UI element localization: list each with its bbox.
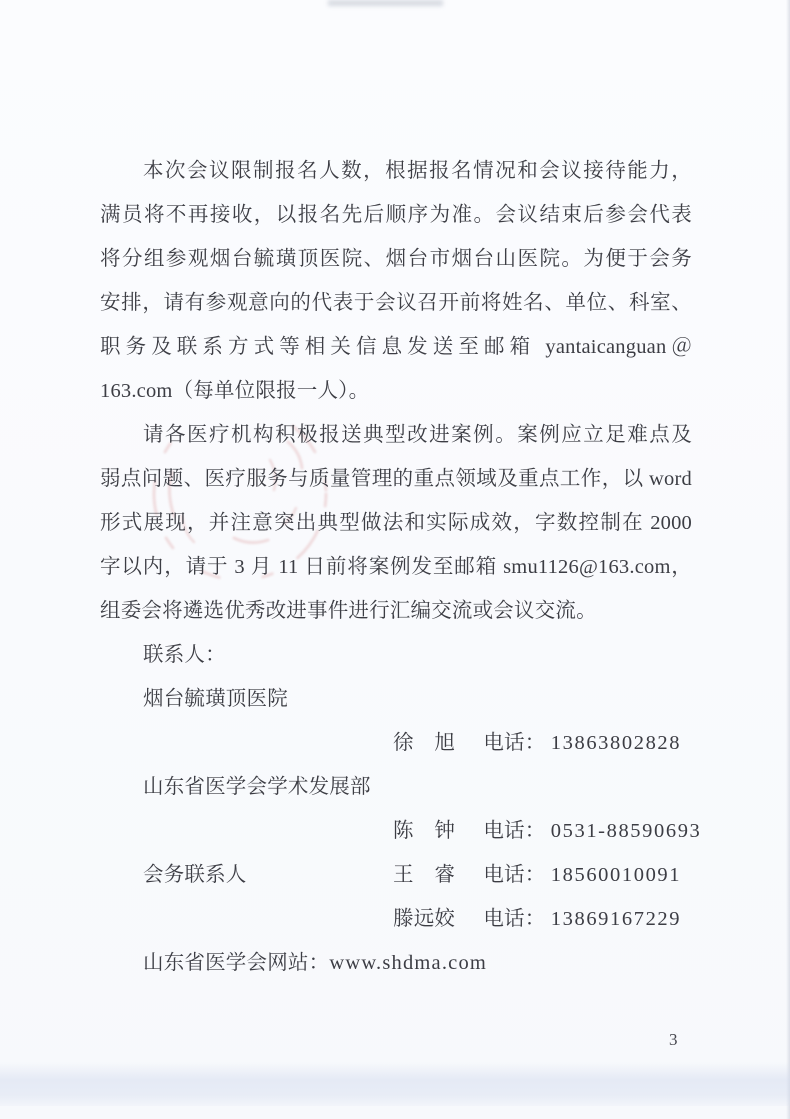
contact-entry: 陈 钟 电话： 0531-88590693 [393, 809, 701, 853]
text-line: 将分组参观烟台毓璜顶医院、烟台市烟台山医院。为便于会务 [100, 237, 692, 281]
contact-name: 陈 钟 [393, 809, 457, 853]
text-line: 163.com（每单位限报一人）。 [100, 369, 692, 413]
text-line: 组委会将遴选优秀改进事件进行汇编交流或会议交流。 [100, 589, 692, 633]
website-url: www.shdma.com [329, 952, 487, 974]
contact-name: 王 睿 [393, 853, 457, 897]
text-line: 请各医疗机构积极报送典型改进案例。案例应立足难点及 [100, 413, 692, 457]
phone-number: 13869167229 [551, 908, 681, 930]
contact-entry: 徐 旭 电话： 13863802828 [393, 721, 681, 765]
phone-number: 13863802828 [551, 732, 681, 754]
contact-name: 徐 旭 [393, 721, 457, 765]
phone-label: 电话： [483, 820, 545, 842]
document-body: 本次会议限制报名人数，根据报名情况和会议接待能力， 满员将不再接收，以报名先后顺… [100, 149, 692, 985]
org-name-hospital: 烟台毓璜顶医院 [100, 677, 692, 721]
text-line: 弱点问题、医疗服务与质量管理的重点领域及重点工作，以 word [100, 457, 692, 501]
contacts-heading: 联系人： [100, 633, 692, 677]
phone-label: 电话： [483, 732, 545, 754]
scanned-document-page: 本次会议限制报名人数，根据报名情况和会议接待能力， 满员将不再接收，以报名先后顺… [0, 0, 790, 1119]
text-line: 满员将不再接收，以报名先后顺序为准。会议结束后参会代表 [100, 193, 692, 237]
text-line: 字以内，请于 3 月 11 日前将案例发至邮箱 smu1126@163.com， [100, 545, 692, 589]
phone-label: 电话： [483, 908, 545, 930]
scan-edge-smudge [328, 0, 443, 6]
contact-entry: 王 睿 电话： 18560010091 [393, 853, 681, 897]
phone-number: 0531-88590693 [551, 820, 702, 842]
contact-line: 陈 钟 电话： 0531-88590693 [100, 809, 692, 853]
org-name-association-dept: 山东省医学会学术发展部 [100, 765, 692, 809]
page-number: 3 [669, 1029, 693, 1051]
text-line: 职务及联系方式等相关信息发送至邮箱 yantaicanguan＠ [100, 325, 692, 369]
text-line: 形式展现，并注意突出典型做法和实际成效，字数控制在 2000 [100, 501, 692, 545]
scan-right-edge-shadow [786, 0, 790, 1119]
conference-contact-label: 会务联系人 [143, 864, 247, 886]
website-line: 山东省医学会网站：www.shdma.com [100, 941, 692, 985]
phone-label: 电话： [483, 864, 545, 886]
contact-line: 会务联系人 王 睿 电话： 18560010091 [100, 853, 692, 897]
contact-line: 徐 旭 电话： 13863802828 [100, 721, 692, 765]
scan-bottom-shadow [0, 1062, 790, 1106]
text-line: 安排，请有参观意向的代表于会议召开前将姓名、单位、科室、 [100, 281, 692, 325]
contact-entry: 滕远姣 电话： 13869167229 [393, 897, 681, 941]
website-label: 山东省医学会网站： [143, 952, 329, 974]
text-line: 本次会议限制报名人数，根据报名情况和会议接待能力， [100, 149, 692, 193]
phone-number: 18560010091 [551, 864, 681, 886]
contact-line: 滕远姣 电话： 13869167229 [100, 897, 692, 941]
contact-name: 滕远姣 [393, 897, 457, 941]
